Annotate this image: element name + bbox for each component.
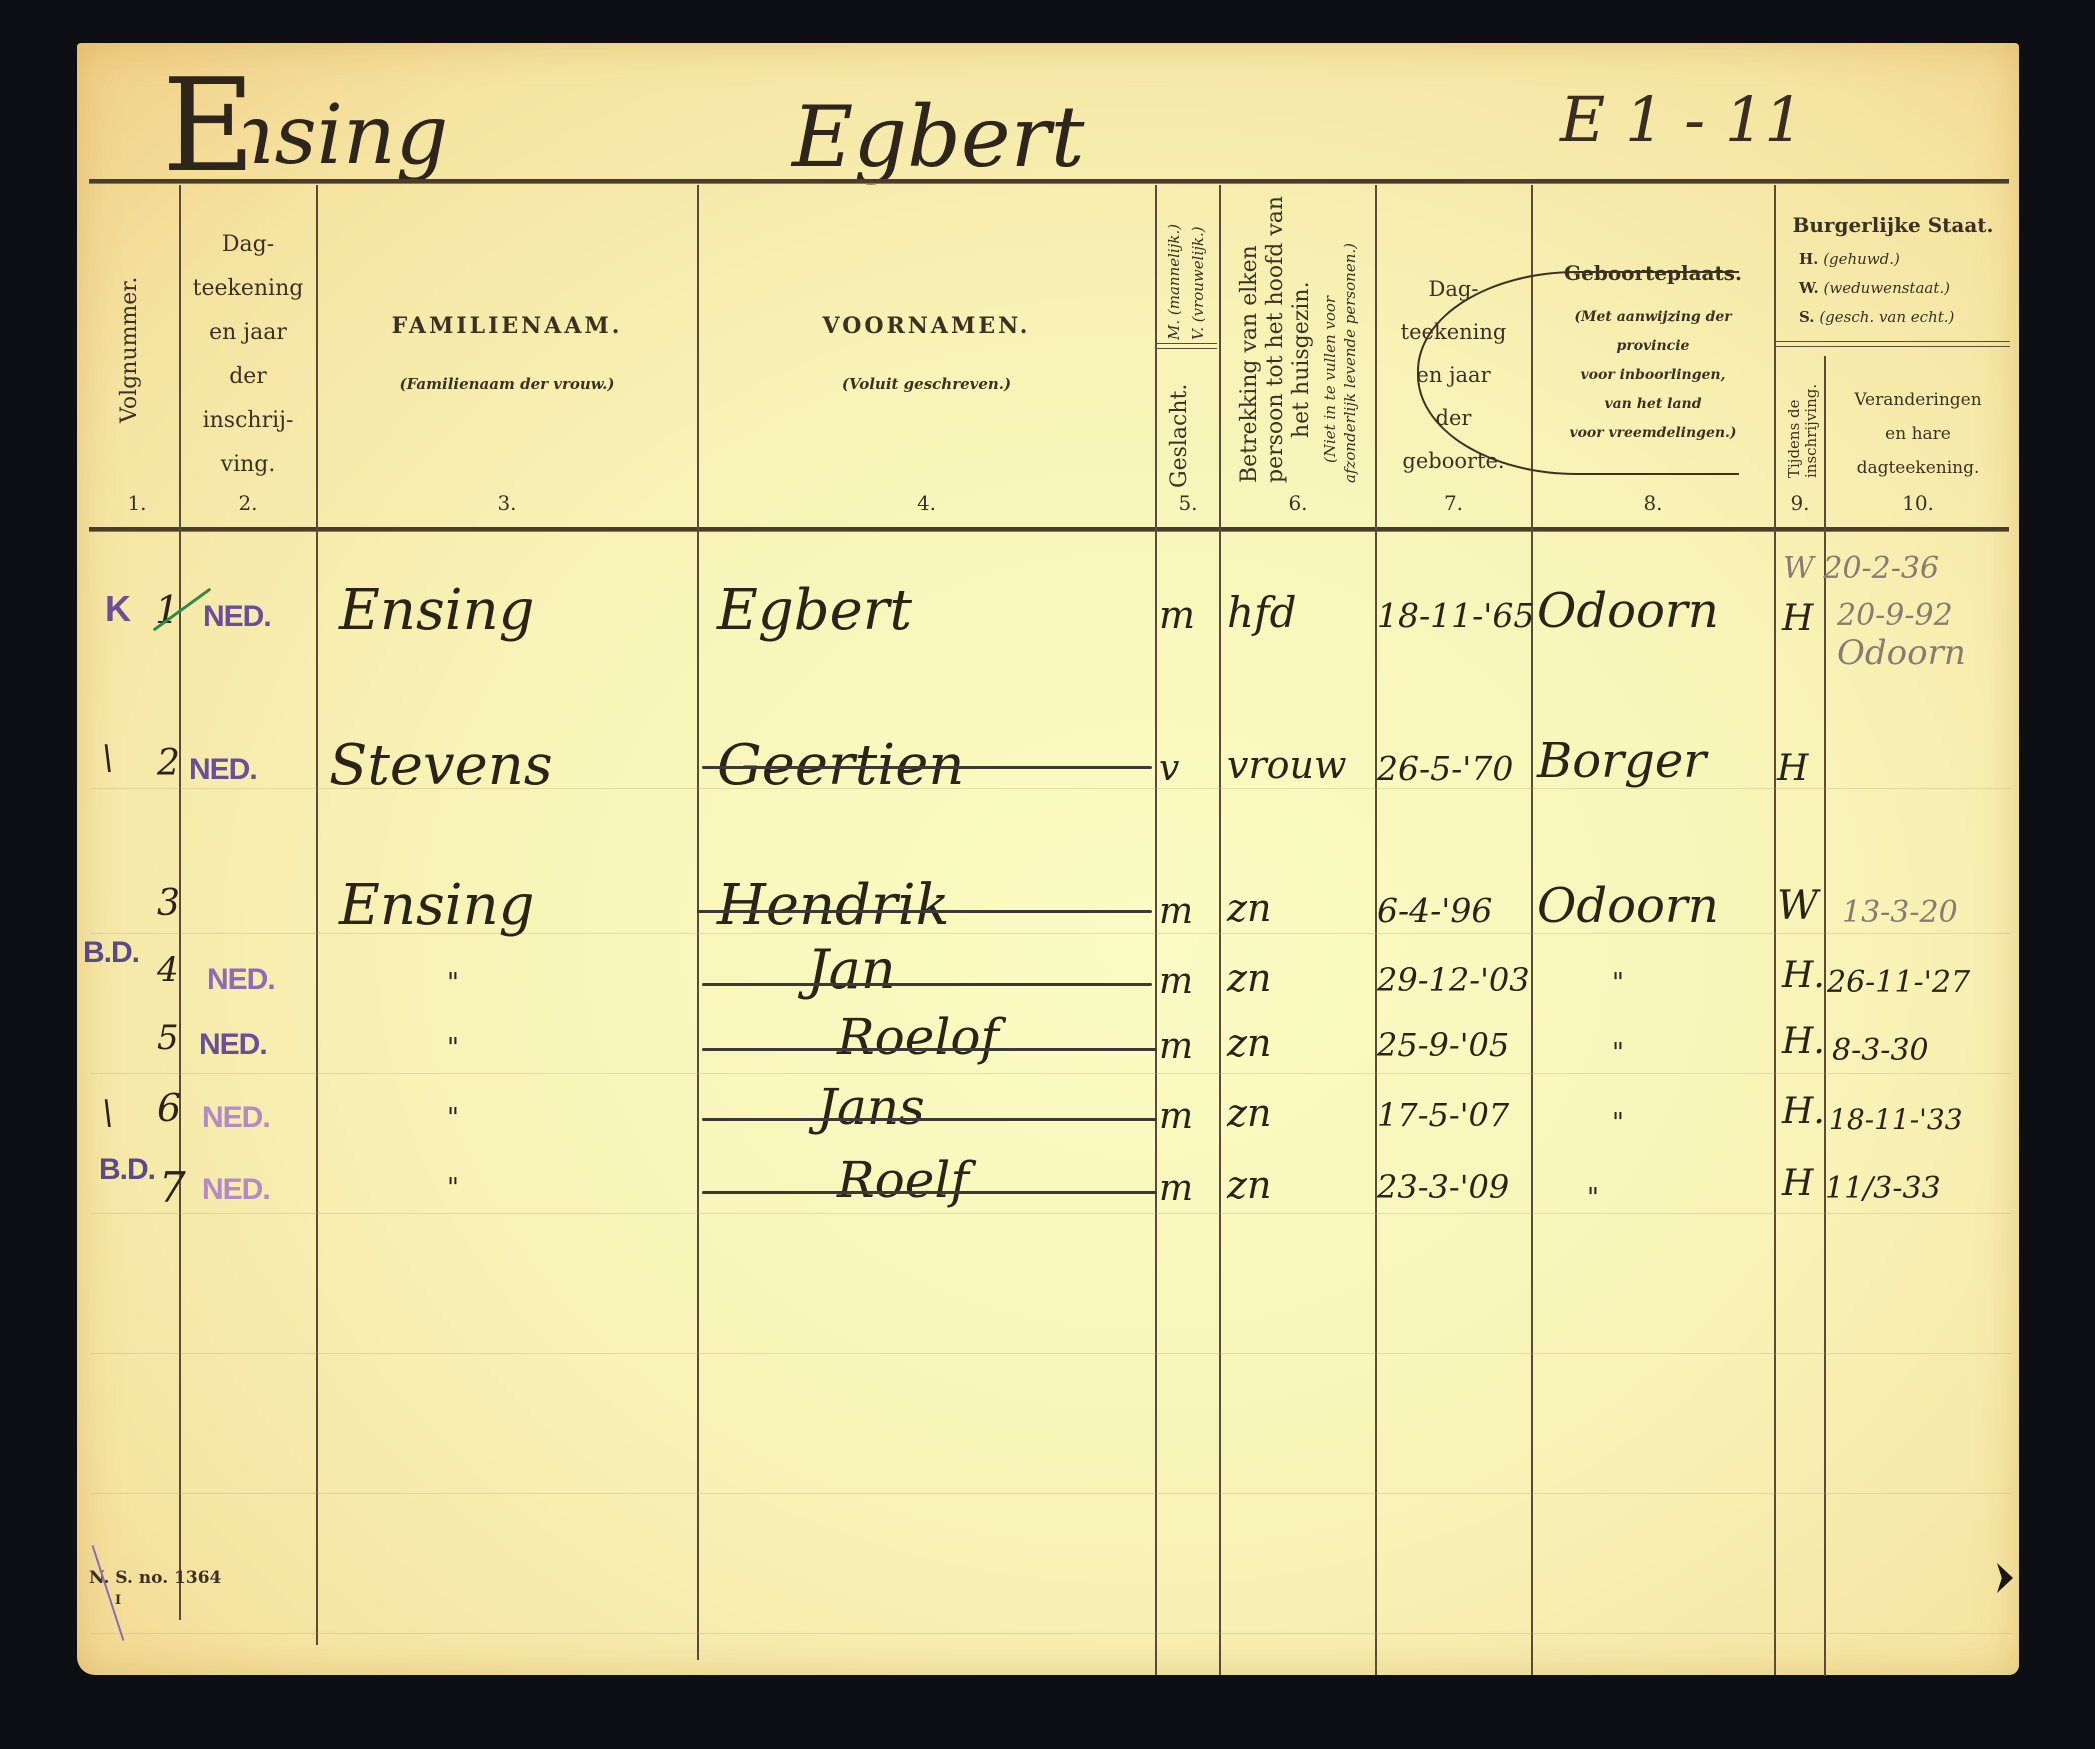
nationality-stamp: NED. xyxy=(203,600,271,634)
col3-header: FAMILIENAAM. xyxy=(318,313,696,339)
row-number: 5 xyxy=(157,1018,179,1058)
col8-number: 8. xyxy=(1533,491,1773,515)
nationality-stamp: NED. xyxy=(202,1101,270,1135)
row-number: 3 xyxy=(157,883,180,924)
staat-header: Burgerlijke Staat. xyxy=(1776,213,2010,237)
veranderingen: 26-11-'27 xyxy=(1827,965,1970,1000)
strikethrough xyxy=(702,1191,1157,1194)
col4-number: 4. xyxy=(699,491,1154,515)
burgerlijke-staat: H xyxy=(1782,1163,1813,1204)
familienaam: " xyxy=(447,1033,459,1063)
col2-header: Dag- teekening en jaar der inschrij- vin… xyxy=(181,223,315,487)
voornamen: Hendrik xyxy=(717,873,950,938)
col5-header: Geslacht. xyxy=(1167,384,1192,488)
burgerlijke-staat: H xyxy=(1777,748,1808,789)
geboortedatum: 26-5-'70 xyxy=(1377,749,1513,788)
col-line-5 xyxy=(1219,185,1221,1675)
betrekking: zn xyxy=(1227,1021,1272,1065)
row-prefix: B.D. xyxy=(83,936,139,970)
betrekking: zn xyxy=(1227,886,1272,930)
nationality-stamp: NED. xyxy=(207,963,275,997)
betrekking: zn xyxy=(1227,1163,1272,1207)
strikethrough xyxy=(702,983,1152,986)
geboortedatum: 25-9-'05 xyxy=(1377,1026,1509,1064)
col1-number: 1. xyxy=(97,491,177,515)
col2-number: 2. xyxy=(181,491,315,515)
strikethrough xyxy=(702,1048,1157,1051)
geboorteplaats: " xyxy=(1612,968,1624,998)
col-line-2 xyxy=(316,185,318,1645)
familienaam: " xyxy=(447,1173,459,1203)
nationality-stamp: NED. xyxy=(189,753,257,787)
staat-divider xyxy=(1776,341,2010,347)
strikethrough xyxy=(702,1118,1157,1121)
geslacht: m xyxy=(1159,1096,1193,1137)
strikethrough xyxy=(697,910,1152,913)
col9-header-1: Tijdens de xyxy=(1785,399,1803,478)
row-number: 4 xyxy=(157,950,179,990)
voornamen: Jans xyxy=(817,1078,925,1136)
col-line-8 xyxy=(1774,185,1776,1675)
voornamen: Roelof xyxy=(837,1008,999,1066)
col6-header-1: Betrekking van elken xyxy=(1237,245,1262,483)
row-number: 2 xyxy=(157,743,180,784)
familienaam: " xyxy=(447,1103,459,1133)
col6-subtitle-1: (Niet in te vullen voor xyxy=(1321,296,1339,463)
voornamen: Roelf xyxy=(837,1151,969,1209)
geboorteplaats: Borger xyxy=(1537,733,1706,789)
veranderingen-3: Odoorn xyxy=(1837,633,1966,673)
col8-subtitle: (Met aanwijzing der provincie voor inboo… xyxy=(1533,303,1773,448)
geboorteplaats: Odoorn xyxy=(1537,583,1719,639)
geboorteplaats: Odoorn xyxy=(1537,878,1719,934)
col9-header-2: inschrijving. xyxy=(1802,384,1820,478)
col6-header-2: persoon tot het hoofd van xyxy=(1263,196,1288,483)
veranderingen: W 20-2-36 xyxy=(1783,551,1939,586)
registration-card: E Ensing Egbert E 1 - 11 Volgnummer. 1. … xyxy=(77,43,2019,1675)
geboorteplaats: " xyxy=(1612,1038,1624,1068)
geslacht: m xyxy=(1159,891,1193,932)
ruled-line xyxy=(91,1353,2011,1354)
voornamen: Jan xyxy=(807,938,896,1001)
staat-legend: H. (gehuwd.) W. (weduwenstaat.) S. (gesc… xyxy=(1799,245,1954,332)
ruled-line xyxy=(91,1213,2011,1214)
geboorteplaats: " xyxy=(1587,1183,1599,1213)
col-line-4 xyxy=(1155,185,1157,1675)
row-prefix: \ xyxy=(102,1093,113,1133)
form-sub: I xyxy=(115,1593,121,1608)
col1-header: Volgnummer. xyxy=(117,277,142,423)
col6-subtitle-2: afzonderlijk levende personen.) xyxy=(1341,243,1359,483)
betrekking: zn xyxy=(1227,956,1272,1000)
col9-number: 9. xyxy=(1776,491,1824,515)
edge-arrow-mark xyxy=(1997,1563,2013,1593)
geslacht: m xyxy=(1159,1168,1193,1209)
row-prefix: B.D. xyxy=(99,1153,155,1187)
firstname-heading: Egbert xyxy=(792,88,1084,186)
row-prefix: \ xyxy=(102,738,113,778)
ruled-line xyxy=(91,1493,2011,1494)
veranderingen: 18-11-'33 xyxy=(1829,1103,1963,1136)
burgerlijke-staat: H. xyxy=(1782,955,1825,996)
col5-sub-m: M. (mannelijk.) xyxy=(1165,224,1183,340)
col10-header: Veranderingen en hare dagteekening. xyxy=(1826,383,2010,485)
col10-number: 10. xyxy=(1826,491,2010,515)
col4-subtitle: (Voluit geschreven.) xyxy=(699,375,1154,393)
geslacht: v xyxy=(1159,748,1179,789)
row-number: 6 xyxy=(157,1086,181,1130)
geslacht-divider xyxy=(1157,343,1217,349)
geboortedatum: 29-12-'03 xyxy=(1377,961,1530,999)
veranderingen: 13-3-20 xyxy=(1842,895,1958,930)
ruled-line xyxy=(91,1073,2011,1074)
geboortedatum: 17-5-'07 xyxy=(1377,1096,1509,1134)
col3-number: 3. xyxy=(318,491,696,515)
voornamen: Egbert xyxy=(717,578,912,643)
burgerlijke-staat: H. xyxy=(1782,1021,1825,1062)
geboorteplaats: " xyxy=(1612,1108,1624,1138)
col4-header: VOORNAMEN. xyxy=(699,313,1154,339)
familienaam: Ensing xyxy=(339,578,535,643)
col-line-3 xyxy=(697,185,699,1660)
col7-number: 7. xyxy=(1377,491,1530,515)
veranderingen-2: 20-9-92 xyxy=(1837,598,1953,633)
veranderingen: 8-3-30 xyxy=(1832,1033,1929,1068)
burgerlijke-staat: W xyxy=(1777,883,1818,929)
geslacht: m xyxy=(1159,593,1195,637)
col8-header: Geboorteplaats. xyxy=(1533,261,1773,285)
geboortedatum: 6-4-'96 xyxy=(1377,891,1492,930)
col6-number: 6. xyxy=(1221,491,1375,515)
header-rule xyxy=(89,527,2009,532)
col5-number: 5. xyxy=(1157,491,1219,515)
betrekking: vrouw xyxy=(1227,743,1347,787)
geslacht: m xyxy=(1159,1026,1193,1067)
nationality-stamp: NED. xyxy=(202,1173,270,1207)
card-code: E 1 - 11 xyxy=(1560,83,1804,156)
row-number: 7 xyxy=(159,1163,186,1212)
geslacht: m xyxy=(1159,961,1193,1002)
geboortedatum: 18-11-'65 xyxy=(1377,596,1534,635)
strikethrough xyxy=(702,766,1152,769)
col6-header-3: het huisgezin. xyxy=(1289,281,1314,438)
ruled-line xyxy=(91,1633,2011,1634)
familienaam: " xyxy=(447,968,459,998)
geboortedatum: 23-3-'09 xyxy=(1377,1168,1509,1206)
burgerlijke-staat: H xyxy=(1782,598,1813,639)
top-rule xyxy=(89,179,2009,184)
form-number: N. S. no. 1364 xyxy=(89,1568,221,1588)
betrekking: zn xyxy=(1227,1091,1272,1135)
col5-sub-v: V. (vrouwelijk.) xyxy=(1189,226,1207,340)
col3-subtitle: (Familienaam der vrouw.) xyxy=(318,375,696,393)
familienaam: Ensing xyxy=(339,873,535,938)
betrekking: hfd xyxy=(1227,588,1296,637)
familienaam: Stevens xyxy=(329,733,553,798)
nationality-stamp: NED. xyxy=(199,1028,267,1062)
surname-heading: E xyxy=(162,63,255,193)
row-prefix: K xyxy=(105,588,130,630)
burgerlijke-staat: H. xyxy=(1782,1091,1825,1132)
veranderingen: 11/3-33 xyxy=(1825,1171,1941,1206)
